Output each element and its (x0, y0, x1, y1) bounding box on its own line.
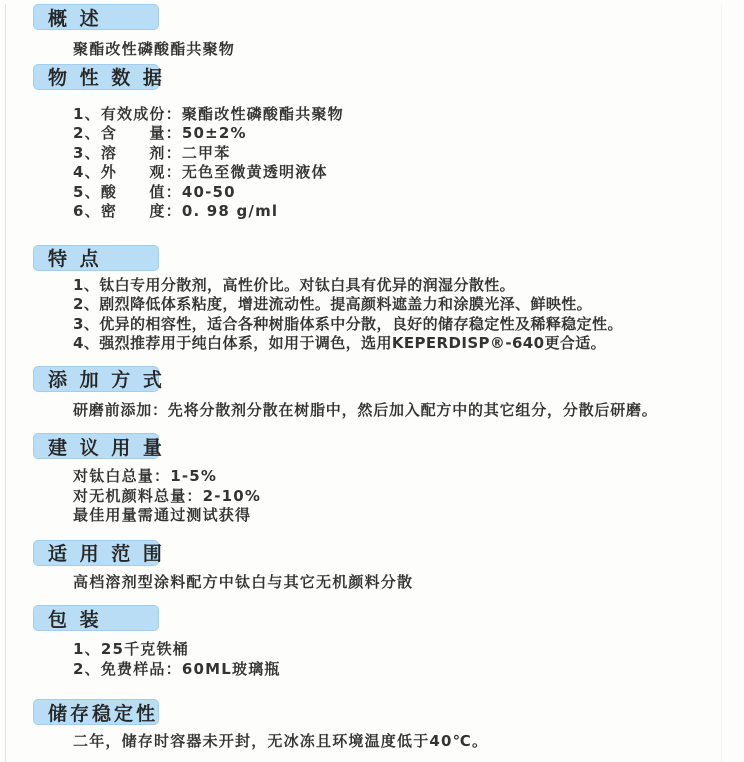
section-header-overview: 概 述 (33, 4, 159, 30)
section-recommended-dosage: 建 议 用 量 对钛白总量：1-5% 对无机颜料总量：2-10% 最佳用量需通过… (0, 433, 744, 526)
list-item: 6、密 度：0. 98 g/ml (73, 202, 724, 222)
list-item: 1、钛白专用分散剂，高性价比。对钛白具有优异的润湿分散性。 (73, 276, 724, 296)
section-addition-method: 添 加 方 式 研磨前添加：先将分散剂分散在树脂中，然后加入配方中的其它组分，分… (0, 366, 744, 421)
section-content-overview: 聚酯改性磷酸酯共聚物 (73, 40, 724, 60)
list-item: 2、剧烈降低体系粘度，增进流动性。提高颜料遮盖力和涂膜光泽、鲜映性。 (73, 295, 724, 315)
list-item: 1、有效成份：聚酯改性磷酸酯共聚物 (73, 105, 724, 125)
text-line: 对无机颜料总量：2-10% (73, 487, 724, 507)
section-packaging: 包 装 1、25千克铁桶 2、免费样品：60ML玻璃瓶 (0, 605, 744, 679)
section-title-addition-method: 添 加 方 式 (48, 365, 165, 392)
section-content-physical-data: 1、有效成份：聚酯改性磷酸酯共聚物 2、含 量：50±2% 3、溶 剂：二甲苯 … (73, 105, 724, 222)
section-application-scope: 适 用 范 围 高档溶剂型涂料配方中钛白与其它无机颜料分散 (0, 540, 744, 593)
section-title-features: 特 点 (48, 244, 102, 271)
section-title-storage-stability: 储存稳定性 (48, 699, 158, 726)
section-header-addition-method: 添 加 方 式 (33, 366, 159, 392)
text-line: 对钛白总量：1-5% (73, 467, 724, 487)
list-item: 4、强烈推荐用于纯白体系，如用于调色，选用KEPERDISP®-640更合适。 (73, 334, 724, 354)
section-overview: 概 述 聚酯改性磷酸酯共聚物 (0, 4, 744, 60)
section-header-storage-stability: 储存稳定性 (33, 699, 159, 725)
list-item: 2、含 量：50±2% (73, 124, 724, 144)
section-content-packaging: 1、25千克铁桶 2、免费样品：60ML玻璃瓶 (73, 640, 724, 679)
section-physical-data: 物 性 数 据 1、有效成份：聚酯改性磷酸酯共聚物 2、含 量：50±2% 3、… (0, 64, 744, 222)
section-content-application-scope: 高档溶剂型涂料配方中钛白与其它无机颜料分散 (73, 573, 724, 593)
list-item: 3、优异的相容性，适合各种树脂体系中分散，良好的储存稳定性及稀释稳定性。 (73, 315, 724, 335)
list-item: 1、25千克铁桶 (73, 640, 724, 660)
section-features: 特 点 1、钛白专用分散剂，高性价比。对钛白具有优异的润湿分散性。 2、剧烈降低… (0, 245, 744, 354)
section-header-recommended-dosage: 建 议 用 量 (33, 433, 159, 459)
section-header-packaging: 包 装 (33, 605, 159, 631)
section-header-features: 特 点 (33, 245, 159, 271)
text-line: 研磨前添加：先将分散剂分散在树脂中，然后加入配方中的其它组分，分散后研磨。 (73, 401, 724, 421)
section-title-recommended-dosage: 建 议 用 量 (48, 433, 165, 460)
section-header-application-scope: 适 用 范 围 (33, 540, 159, 566)
text-line: 二年，储存时容器未开封，无冰冻且环境温度低于40℃。 (73, 732, 724, 752)
section-title-overview: 概 述 (48, 4, 102, 31)
list-item: 5、酸 值：40-50 (73, 183, 724, 203)
text-line: 高档溶剂型涂料配方中钛白与其它无机颜料分散 (73, 573, 724, 593)
section-header-physical-data: 物 性 数 据 (33, 64, 159, 90)
list-item: 2、免费样品：60ML玻璃瓶 (73, 660, 724, 680)
section-title-application-scope: 适 用 范 围 (48, 539, 165, 566)
datasheet-page: 概 述 聚酯改性磷酸酯共聚物 物 性 数 据 1、有效成份：聚酯改性磷酸酯共聚物… (0, 4, 744, 762)
text-line: 最佳用量需通过测试获得 (73, 506, 724, 526)
text-line: 聚酯改性磷酸酯共聚物 (73, 40, 724, 60)
section-title-packaging: 包 装 (48, 605, 102, 632)
section-content-storage-stability: 二年，储存时容器未开封，无冰冻且环境温度低于40℃。 (73, 732, 724, 752)
section-content-addition-method: 研磨前添加：先将分散剂分散在树脂中，然后加入配方中的其它组分，分散后研磨。 (73, 401, 724, 421)
list-item: 3、溶 剂：二甲苯 (73, 144, 724, 164)
list-item: 4、外 观：无色至微黄透明液体 (73, 163, 724, 183)
section-storage-stability: 储存稳定性 二年，储存时容器未开封，无冰冻且环境温度低于40℃。 (0, 699, 744, 752)
section-content-recommended-dosage: 对钛白总量：1-5% 对无机颜料总量：2-10% 最佳用量需通过测试获得 (73, 467, 724, 526)
section-content-features: 1、钛白专用分散剂，高性价比。对钛白具有优异的润湿分散性。 2、剧烈降低体系粘度… (73, 276, 724, 354)
section-title-physical-data: 物 性 数 据 (48, 63, 165, 90)
